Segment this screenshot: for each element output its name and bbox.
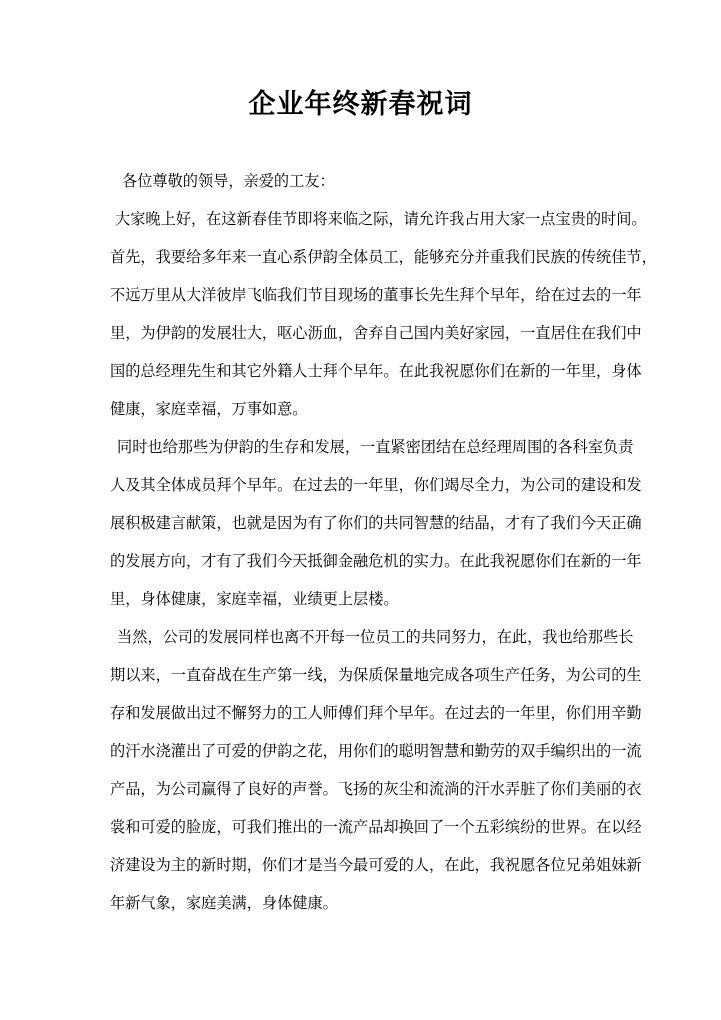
paragraph-line: 里，身体健康，家庭幸福，业绩更上层楼。: [110, 589, 612, 609]
paragraph-line: 裳和可爱的脸庞，可我们推出的一流产品却换回了一个五彩缤纷的世界。在以经: [110, 817, 612, 837]
paragraph-line: 人及其全体成员拜个早年。在过去的一年里，你们竭尽全力，为公司的建设和发: [110, 475, 612, 495]
paragraph-line: 国的总经理先生和其它外籍人士拜个早年。在此我祝愿你们在新的一年里，身体: [110, 361, 612, 381]
paragraph-line: 大家晚上好，在这新春佳节即将来临之际，请允许我占用大家一点宝贵的时间。: [115, 209, 612, 229]
paragraph-line: 首先，我要给多年来一直心系伊韵全体员工，能够充分并重我们民族的传统佳节，: [110, 247, 612, 267]
paragraph-line: 里，为伊韵的发展壮大，呕心沥血，舍弃自己国内美好家园，一直居住在我们中: [110, 323, 612, 343]
document-page: 企业年终新春祝词 各位尊敬的领导，亲爱的工友：大家晚上好，在这新春佳节即将来临之…: [0, 0, 721, 1020]
paragraph-line: 期以来，一直奋战在生产第一线，为保质保量地完成各项生产任务，为公司的生: [110, 665, 612, 685]
paragraph-line: 不远万里从大洋彼岸飞临我们节目现场的董事长先生拜个早年，给在过去的一年: [110, 285, 612, 305]
paragraph-line: 年新气象，家庭美满，身体健康。: [110, 893, 612, 913]
paragraph-line: 展积极建言献策，也就是因为有了你们的共同智慧的结晶，才有了我们今天正确: [110, 513, 612, 533]
paragraph-line: 当然，公司的发展同样也离不开每一位员工的共同努力，在此，我也给那些长: [117, 627, 612, 647]
paragraph-line: 的汗水浇灌出了可爱的伊韵之花，用你们的聪明智慧和勤劳的双手编织出的一流: [110, 741, 612, 761]
paragraph-line: 的发展方向，才有了我们今天抵御金融危机的实力。在此我祝愿你们在新的一年: [110, 551, 612, 571]
paragraph-line: 同时也给那些为伊韵的生存和发展，一直紧密团结在总经理周围的各科室负责: [117, 437, 612, 457]
paragraph-line: 健康，家庭幸福，万事如意。: [110, 399, 612, 419]
paragraph-line: 产品，为公司赢得了良好的声誉。飞扬的灰尘和流淌的汗水弄脏了你们美丽的衣: [110, 779, 612, 799]
paragraph-line: 存和发展做出过不懈努力的工人师傅们拜个早年。在过去的一年里，你们用辛勤: [110, 703, 612, 723]
paragraph-line: 济建设为主的新时期，你们才是当今最可爱的人，在此，我祝愿各位兄弟姐妹新: [110, 855, 612, 875]
paragraph-line: 各位尊敬的领导，亲爱的工友：: [122, 171, 612, 191]
document-title: 企业年终新春祝词: [0, 85, 721, 125]
